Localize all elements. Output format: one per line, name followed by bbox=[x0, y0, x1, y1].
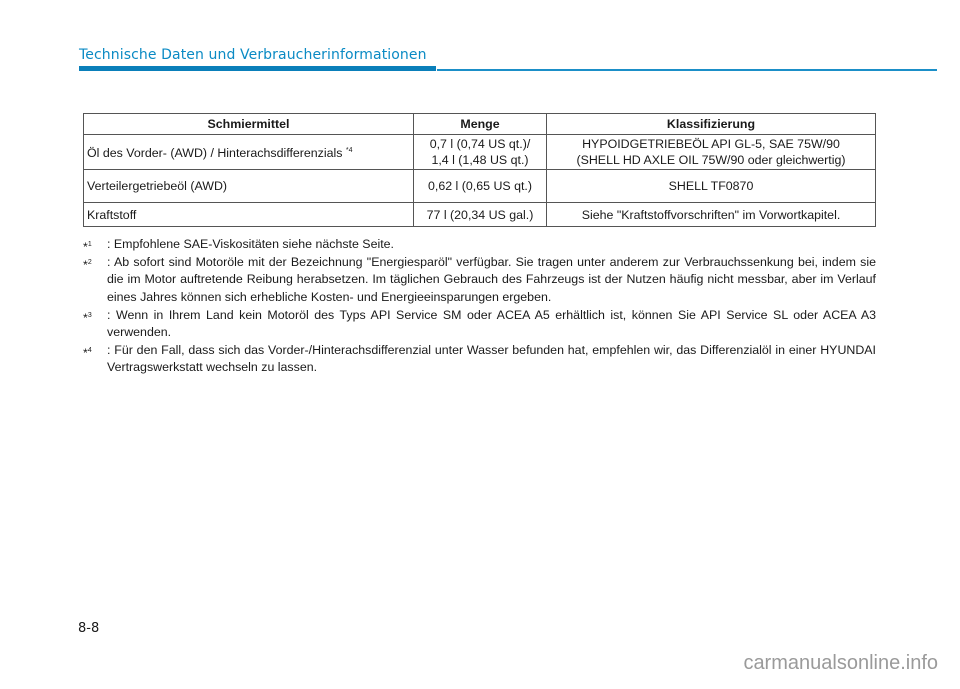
cell-quantity: 77 l (20,34 US gal.) bbox=[414, 203, 547, 227]
footnote-marker: *2 bbox=[83, 254, 92, 274]
column-header-lubricant: Schmiermittel bbox=[84, 114, 414, 135]
cell-quantity: 0,7 l (0,74 US qt.)/1,4 l (1,48 US qt.) bbox=[414, 135, 547, 170]
lubricant-table: Schmiermittel Menge Klassifizierung Öl d… bbox=[83, 113, 876, 227]
table-row: Öl des Vorder- (AWD) / Hinterachsdiffere… bbox=[84, 135, 876, 170]
footnote-1: *1 : Empfohlene SAE-Viskositäten siehe n… bbox=[83, 236, 876, 253]
footnote-marker: *3 bbox=[83, 307, 92, 327]
footnote-4: *4 : Für den Fall, dass sich das Vorder-… bbox=[83, 342, 876, 376]
cell-lubricant: Kraftstoff bbox=[84, 203, 414, 227]
table-row: Kraftstoff 77 l (20,34 US gal.) Siehe "K… bbox=[84, 203, 876, 227]
table-row: Verteilergetriebeöl (AWD) 0,62 l (0,65 U… bbox=[84, 170, 876, 203]
footnote-marker: *1 bbox=[83, 236, 92, 256]
cell-classification: HYPOIDGETRIEBEÖL API GL-5, SAE 75W/90(SH… bbox=[547, 135, 876, 170]
cell-lubricant: Öl des Vorder- (AWD) / Hinterachsdiffere… bbox=[84, 135, 414, 170]
cell-classification: SHELL TF0870 bbox=[547, 170, 876, 203]
section-title: Technische Daten und Verbraucherinformat… bbox=[79, 47, 427, 63]
classification-line: HYPOIDGETRIEBEÖL API GL-5, SAE 75W/90 bbox=[550, 136, 872, 152]
footnote-text: : Für den Fall, dass sich das Vorder-/Hi… bbox=[107, 343, 876, 374]
page-number: 8-8 bbox=[78, 621, 99, 636]
cell-lubricant: Verteilergetriebeöl (AWD) bbox=[84, 170, 414, 203]
footnote-marker: *4 bbox=[83, 342, 92, 362]
column-header-classification: Klassifizierung bbox=[547, 114, 876, 135]
footnote-3: *3 : Wenn in Ihrem Land kein Motoröl des… bbox=[83, 307, 876, 341]
column-header-quantity: Menge bbox=[414, 114, 547, 135]
cell-classification: Siehe "Kraftstoffvorschriften" im Vorwor… bbox=[547, 203, 876, 227]
quantity-line: 0,7 l (0,74 US qt.)/ bbox=[417, 136, 543, 152]
footnote-text: : Ab sofort sind Motoröle mit der Bezeic… bbox=[107, 255, 876, 303]
footnote-ref: *4 bbox=[346, 147, 353, 154]
cell-quantity: 0,62 l (0,65 US qt.) bbox=[414, 170, 547, 203]
section-title-underline bbox=[79, 66, 436, 71]
watermark: carmanualsonline.info bbox=[743, 652, 938, 675]
footnote-2: *2 : Ab sofort sind Motoröle mit der Bez… bbox=[83, 254, 876, 306]
footnotes: *1 : Empfohlene SAE-Viskositäten siehe n… bbox=[83, 236, 876, 378]
quantity-line: 1,4 l (1,48 US qt.) bbox=[417, 152, 543, 168]
footnote-text: : Wenn in Ihrem Land kein Motoröl des Ty… bbox=[107, 308, 876, 339]
header-rule bbox=[437, 69, 937, 71]
classification-line: (SHELL HD AXLE OIL 75W/90 oder gleichwer… bbox=[550, 152, 872, 168]
table-header-row: Schmiermittel Menge Klassifizierung bbox=[84, 114, 876, 135]
footnote-text: : Empfohlene SAE-Viskositäten siehe näch… bbox=[107, 237, 394, 251]
lubricant-name: Öl des Vorder- (AWD) / Hinterachsdiffere… bbox=[87, 146, 346, 160]
